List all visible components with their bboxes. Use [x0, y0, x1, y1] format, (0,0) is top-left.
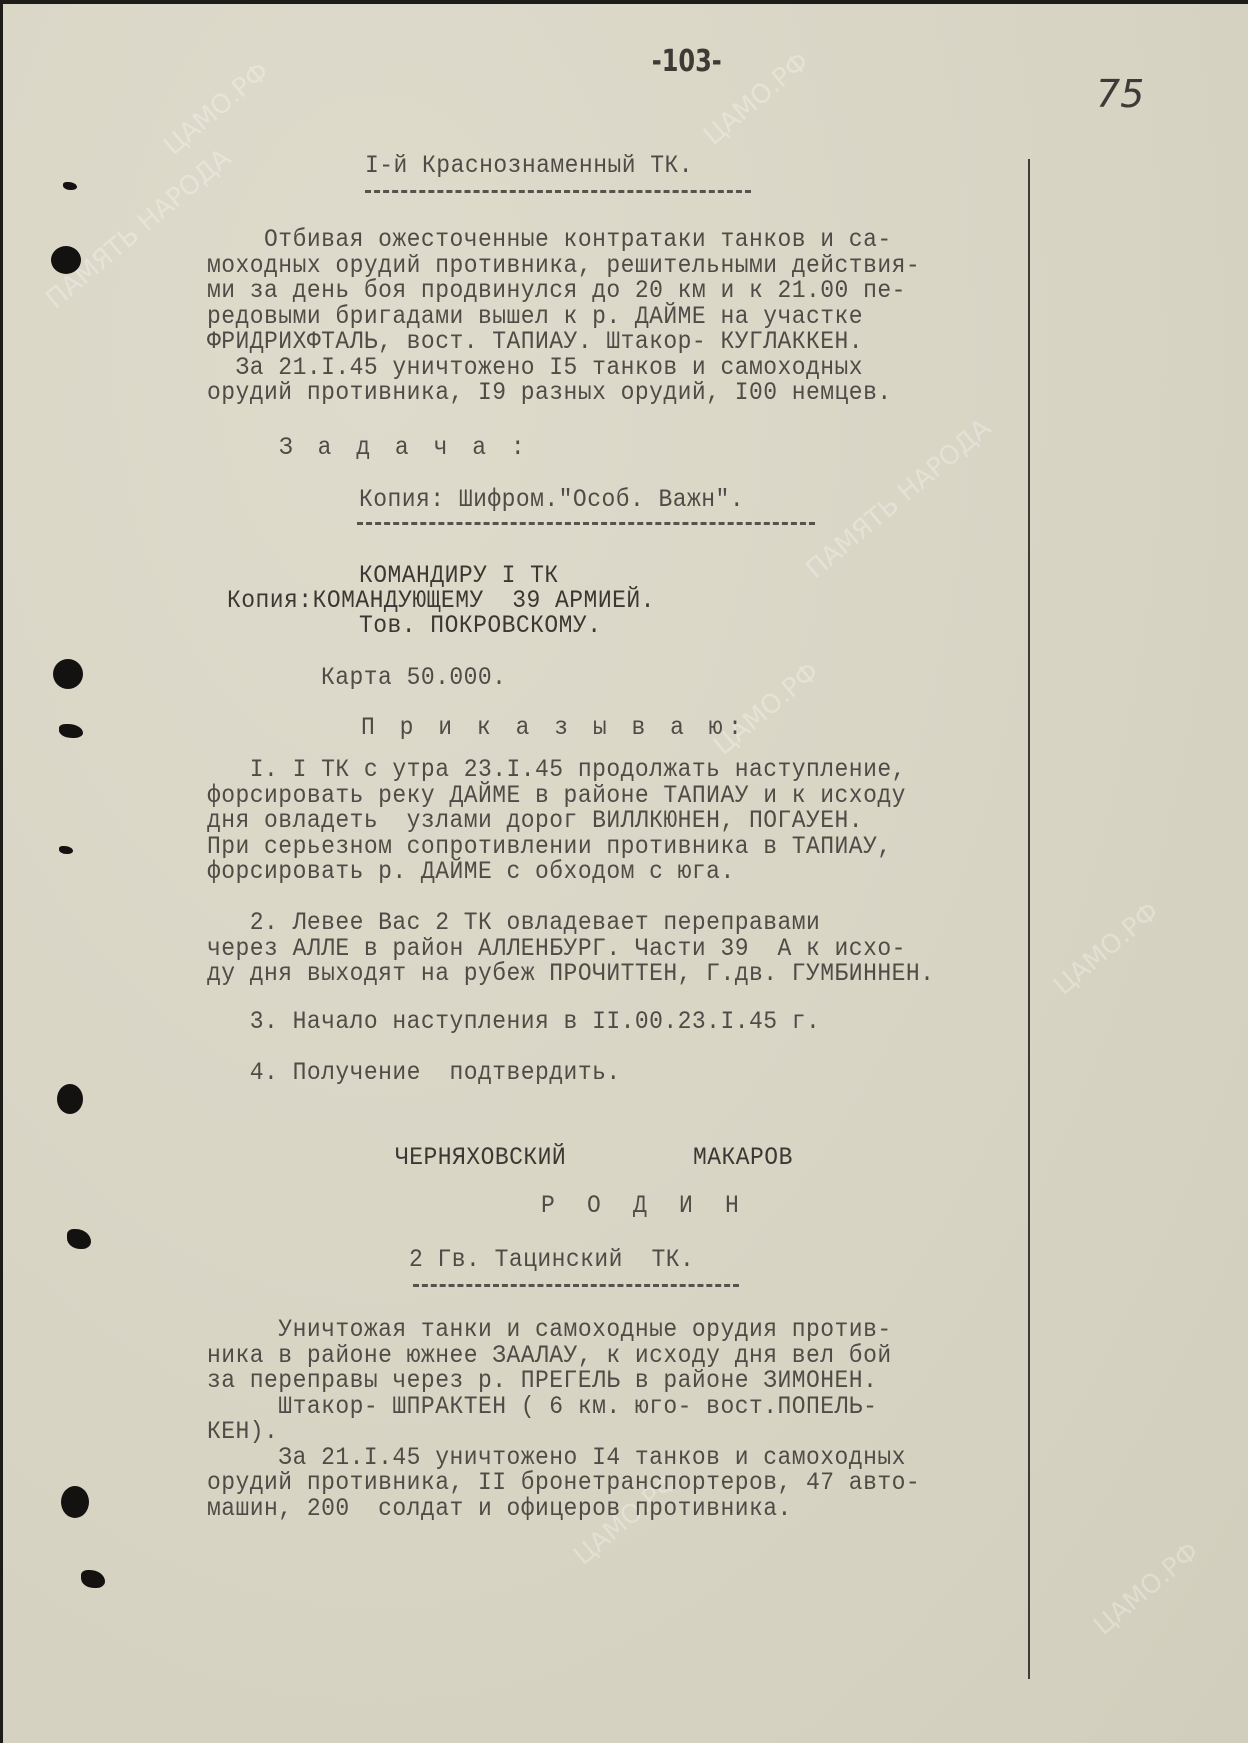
- watermark: ЦАМО.РФ: [708, 657, 825, 762]
- signature-chernyakhovsky: ЧЕРНЯХОВСКИЙ: [395, 1144, 566, 1172]
- punch-hole: [59, 846, 73, 854]
- text-line: Штакор- ШПРАКТЕН ( 6 км. юго- вост.ПОПЕЛ…: [207, 1393, 877, 1421]
- task-label: З а д а ч а :: [279, 434, 530, 462]
- archive-sheet-number: 75: [1096, 72, 1144, 116]
- map-scale: Карта 50.000.: [321, 664, 506, 692]
- signature-makarov: МАКАРОВ: [693, 1144, 793, 1172]
- watermark: ЦАМО.РФ: [158, 57, 275, 162]
- document-page: ЦАМО.РФ ЦАМО.РФ ПАМЯТЬ НАРОДА ПАМЯТЬ НАР…: [3, 4, 1248, 1743]
- margin-line: [1028, 159, 1030, 1679]
- text-line: 3. Начало наступления в II.00.23.I.45 г.: [207, 1008, 820, 1036]
- text-line: ду дня выходят на рубеж ПРОЧИТТЕН, Г.дв.…: [207, 960, 934, 988]
- text-line: 4. Получение подтвердить.: [207, 1059, 621, 1087]
- watermark: ПАМЯТЬ НАРОДА: [800, 413, 997, 585]
- watermark: ЦАМО.РФ: [1088, 1537, 1205, 1642]
- cipher-underline: [357, 522, 815, 525]
- text-line: машин, 200 солдат и офицеров противника.: [207, 1495, 792, 1523]
- punch-hole: [61, 1486, 89, 1518]
- text-line: форсировать р. ДАЙМЕ с обходом с юга.: [207, 858, 735, 886]
- punch-hole: [63, 182, 77, 190]
- section2-underline: [413, 1284, 739, 1287]
- page-number: -103-: [652, 44, 722, 79]
- punch-hole: [59, 724, 83, 738]
- punch-hole: [57, 1084, 83, 1114]
- section2-title: 2 Гв. Тацинский ТК.: [409, 1246, 694, 1274]
- order-heading: П р и к а з ы в а ю:: [361, 714, 747, 742]
- title-underline: [365, 190, 751, 193]
- punch-hole: [67, 1229, 91, 1249]
- addressee-comrade: Тов. ПОКРОВСКОМУ.: [359, 612, 601, 640]
- punch-hole: [81, 1570, 105, 1588]
- copy-cipher-note: Копия: Шифром."Особ. Важн".: [359, 486, 744, 514]
- section-title: I-й Краснознаменный ТК.: [365, 152, 693, 180]
- punch-hole: [53, 659, 83, 689]
- text-line: орудий противника, I9 разных орудий, I00…: [207, 379, 892, 407]
- punch-hole: [51, 246, 81, 274]
- watermark: ЦАМО.РФ: [1048, 897, 1165, 1002]
- signature-rodin: Р О Д И Н: [541, 1192, 748, 1220]
